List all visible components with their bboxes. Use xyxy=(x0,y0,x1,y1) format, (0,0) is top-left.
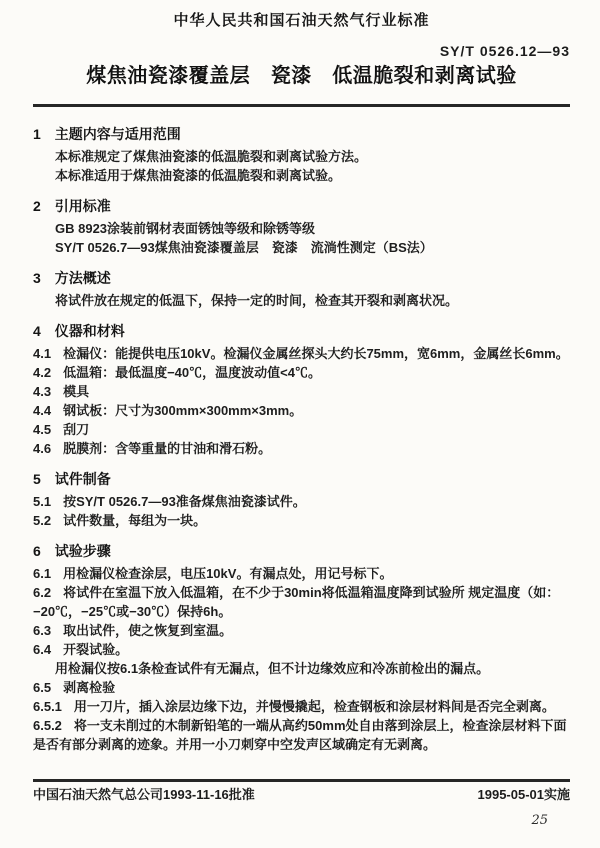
clause: 4.5刮刀 xyxy=(33,420,570,439)
clause-text: 开裂试验。 xyxy=(63,642,128,657)
clause: 4.6脱膜剂：含等重量的甘油和滑石粉。 xyxy=(33,439,570,458)
section-heading: 5试件制备 xyxy=(33,469,570,489)
clause-number: 4.3 xyxy=(33,384,51,399)
clause-text: 取出试件，使之恢复到室温。 xyxy=(63,623,232,638)
header-divider xyxy=(33,104,570,107)
clause-text: 用一刀片，插入涂层边缘下边，并慢慢撬起，检查钢板和涂层材料间是否完全剥离。 xyxy=(74,699,555,714)
clause: 6.5.1用一刀片，插入涂层边缘下边，并慢慢撬起，检查钢板和涂层材料间是否完全剥… xyxy=(33,697,570,716)
clause-number: 6.5.2 xyxy=(33,718,62,733)
footer-divider xyxy=(33,779,570,782)
section-heading: 6试验步骤 xyxy=(33,541,570,561)
section-heading: 1主题内容与适用范围 xyxy=(33,124,570,144)
clause-number: 6.1 xyxy=(33,566,51,581)
section-title: 方法概述 xyxy=(55,270,111,286)
paragraph: 用检漏仪按6.1条检查试件有无漏点，但不计边缘效应和冷冻前检出的漏点。 xyxy=(33,659,570,678)
clause: 5.2试件数量，每组为一块。 xyxy=(33,511,570,530)
section-instruments-materials: 4仪器和材料 4.1检漏仪：能提供电压10kV。检漏仪金属丝探头大约长75mm，… xyxy=(33,321,570,458)
paragraph: 本标准适用于煤焦油瓷漆的低温脆裂和剥离试验。 xyxy=(33,166,570,185)
section-method-overview: 3方法概述 将试件放在规定的低温下，保持一定的时间，检查其开裂和剥离状况。 xyxy=(33,268,570,310)
section-title: 试验步骤 xyxy=(55,543,111,559)
section-number: 4 xyxy=(33,321,41,341)
section-test-procedure: 6试验步骤 6.1用检漏仪检查涂层，电压10kV。有漏点处，用记号标下。 6.2… xyxy=(33,541,570,754)
page-number: 25 xyxy=(33,813,570,828)
clause: 4.1检漏仪：能提供电压10kV。检漏仪金属丝探头大约长75mm，宽6mm，金属… xyxy=(33,344,570,363)
clause-text: 钢试板：尺寸为300mm×300mm×3mm。 xyxy=(63,403,302,418)
clause: 6.4开裂试验。 xyxy=(33,640,570,659)
clause-number: 4.5 xyxy=(33,422,51,437)
implementation-date: 1995-05-01实施 xyxy=(478,787,571,803)
clause-text: 用检漏仪检查涂层，电压10kV。有漏点处，用记号标下。 xyxy=(63,566,392,581)
clause-text: 脱膜剂：含等重量的甘油和滑石粉。 xyxy=(63,441,271,456)
clause: 6.5.2将一支未削过的木制新铅笔的一端从高约50mm处自由落到涂层上，检查涂层… xyxy=(33,716,570,754)
standard-number: SY/T 0526.12—93 xyxy=(33,43,570,59)
clause-number: 5.2 xyxy=(33,513,51,528)
section-heading: 3方法概述 xyxy=(33,268,570,288)
document-footer: 中国石油天然气总公司1993-11-16批准 1995-05-01实施 25 xyxy=(33,779,570,828)
section-title: 主题内容与适用范围 xyxy=(55,126,181,142)
clause-number: 4.4 xyxy=(33,403,51,418)
section-title: 仪器和材料 xyxy=(55,323,125,339)
clause-text: 剥离检验 xyxy=(63,680,115,695)
standard-type-label: 中华人民共和国石油天然气行业标准 xyxy=(33,12,570,30)
clause-text: 低温箱：最低温度−40℃，温度波动值<4℃。 xyxy=(63,365,321,380)
document-page: 中华人民共和国石油天然气行业标准 SY/T 0526.12—93 煤焦油瓷漆覆盖… xyxy=(0,0,600,848)
clause-number: 4.6 xyxy=(33,441,51,456)
section-heading: 2引用标准 xyxy=(33,196,570,216)
paragraph: GB 8923涂装前钢材表面锈蚀等级和除锈等级 xyxy=(33,219,570,238)
clause-text: 模具 xyxy=(63,384,89,399)
section-title: 引用标准 xyxy=(55,198,111,214)
clause-text: 试件数量，每组为一块。 xyxy=(63,513,206,528)
section-number: 2 xyxy=(33,196,41,216)
document-body: 1主题内容与适用范围 本标准规定了煤焦油瓷漆的低温脆裂和剥离试验方法。 本标准适… xyxy=(33,124,570,754)
clause-text: 将一支未削过的木制新铅笔的一端从高约50mm处自由落到涂层上，检查涂层材料下面是… xyxy=(33,718,567,752)
paragraph: 本标准规定了煤焦油瓷漆的低温脆裂和剥离试验方法。 xyxy=(33,147,570,166)
clause-number: 6.5.1 xyxy=(33,699,62,714)
section-specimen-preparation: 5试件制备 5.1按SY/T 0526.7—93准备煤焦油瓷漆试件。 5.2试件… xyxy=(33,469,570,530)
clause-text: 按SY/T 0526.7—93准备煤焦油瓷漆试件。 xyxy=(63,494,306,509)
clause-number: 6.3 xyxy=(33,623,51,638)
clause-number: 5.1 xyxy=(33,494,51,509)
clause: 4.2低温箱：最低温度−40℃，温度波动值<4℃。 xyxy=(33,363,570,382)
clause: 6.1用检漏仪检查涂层，电压10kV。有漏点处，用记号标下。 xyxy=(33,564,570,583)
clause-text: 检漏仪：能提供电压10kV。检漏仪金属丝探头大约长75mm，宽6mm，金属丝长6… xyxy=(63,346,569,361)
clause: 6.5剥离检验 xyxy=(33,678,570,697)
clause: 6.3取出试件，使之恢复到室温。 xyxy=(33,621,570,640)
paragraph: 将试件放在规定的低温下，保持一定的时间，检查其开裂和剥离状况。 xyxy=(33,291,570,310)
section-title: 试件制备 xyxy=(55,471,111,487)
section-references: 2引用标准 GB 8923涂装前钢材表面锈蚀等级和除锈等级 SY/T 0526.… xyxy=(33,196,570,257)
approval-note: 中国石油天然气总公司1993-11-16批准 xyxy=(33,787,255,803)
section-heading: 4仪器和材料 xyxy=(33,321,570,341)
clause: 6.2将试件在室温下放入低温箱，在不少于30min将低温箱温度降到试验所 规定温… xyxy=(33,583,570,621)
paragraph: SY/T 0526.7—93煤焦油瓷漆覆盖层 瓷漆 流淌性测定（BS法） xyxy=(33,238,570,257)
section-number: 6 xyxy=(33,541,41,561)
section-number: 1 xyxy=(33,124,41,144)
clause-number: 4.2 xyxy=(33,365,51,380)
clause: 5.1按SY/T 0526.7—93准备煤焦油瓷漆试件。 xyxy=(33,492,570,511)
clause-text: 将试件在室温下放入低温箱，在不少于30min将低温箱温度降到试验所 规定温度（如… xyxy=(33,585,559,619)
clause-number: 6.5 xyxy=(33,680,51,695)
clause-text: 刮刀 xyxy=(63,422,89,437)
clause-number: 4.1 xyxy=(33,346,51,361)
clause: 4.4钢试板：尺寸为300mm×300mm×3mm。 xyxy=(33,401,570,420)
clause: 4.3模具 xyxy=(33,382,570,401)
section-number: 5 xyxy=(33,469,41,489)
clause-number: 6.4 xyxy=(33,642,51,657)
section-number: 3 xyxy=(33,268,41,288)
document-title: 煤焦油瓷漆覆盖层 瓷漆 低温脆裂和剥离试验 xyxy=(33,63,570,89)
clause-number: 6.2 xyxy=(33,585,51,600)
section-scope: 1主题内容与适用范围 本标准规定了煤焦油瓷漆的低温脆裂和剥离试验方法。 本标准适… xyxy=(33,124,570,185)
